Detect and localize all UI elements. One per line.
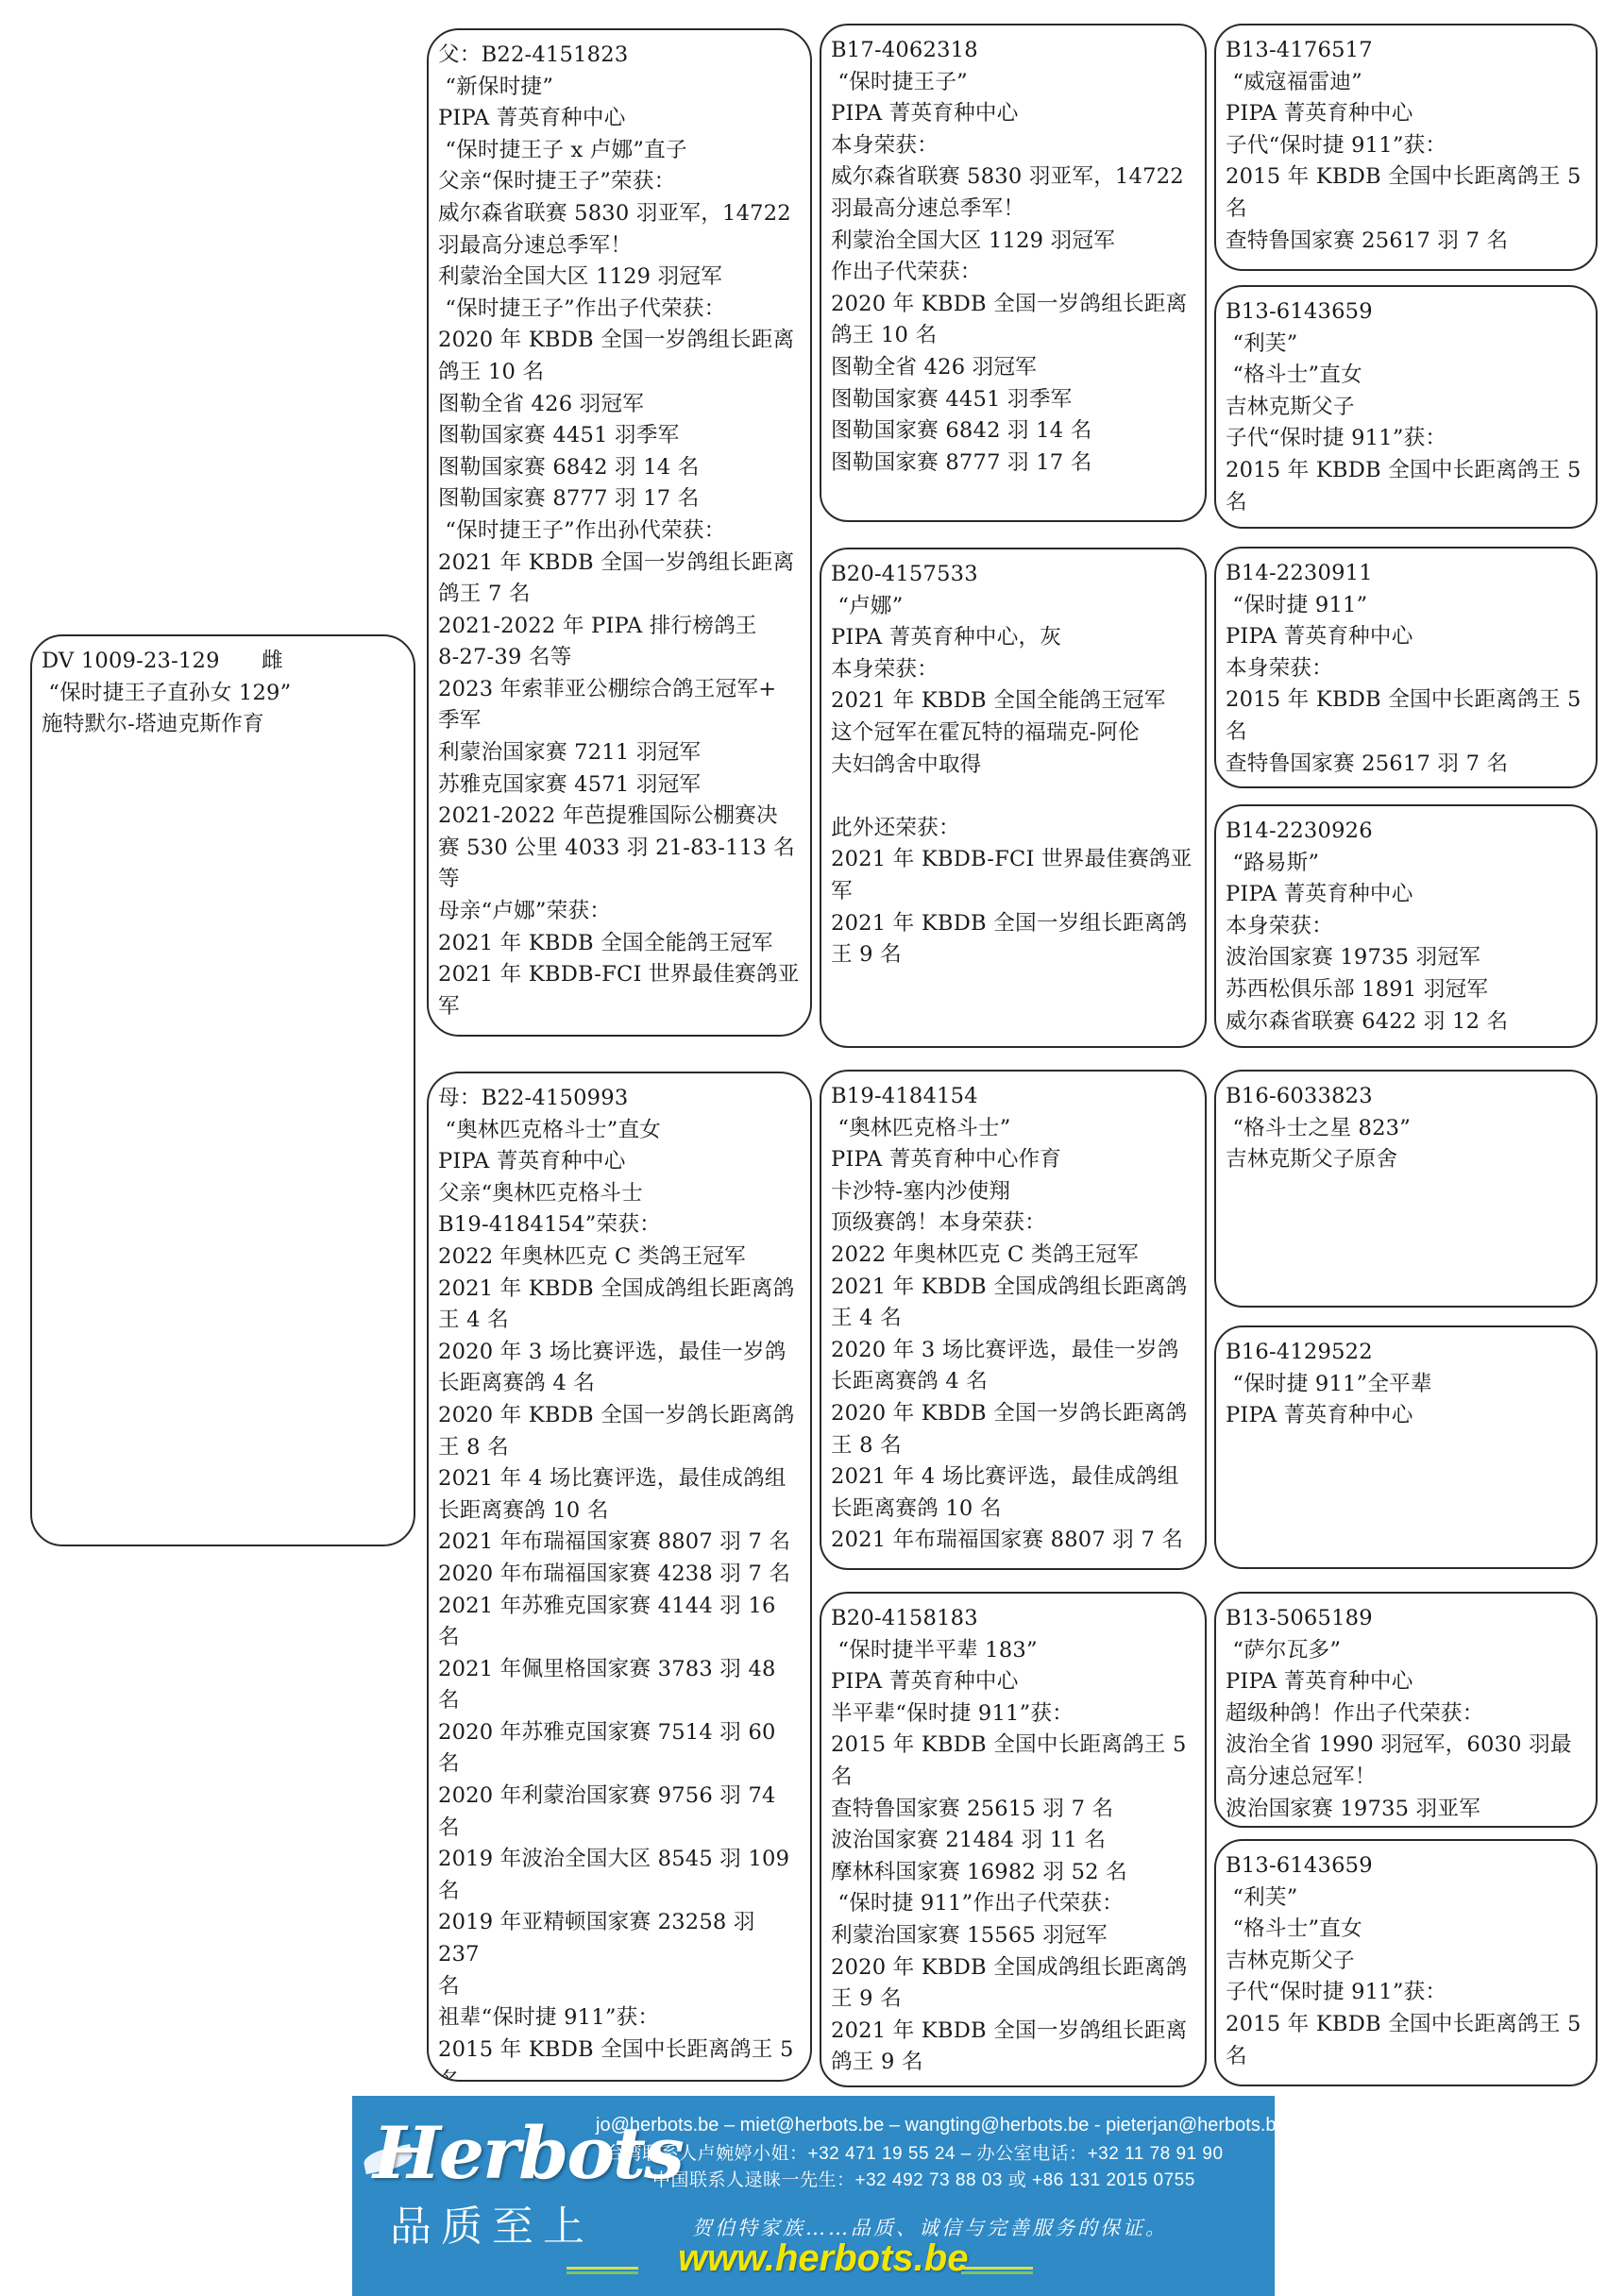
pedigree-text-line: “格斗士”直女 bbox=[1226, 360, 1588, 392]
great-grandparent-card-6: B16-4129522 “保时捷 911”全平辈PIPA 菁英育种中心 bbox=[1214, 1325, 1598, 1569]
subject-card: DV 1009-23-129 雌 “保时捷王子直孙女 129”施特默尔-塔迪克斯… bbox=[30, 634, 415, 1546]
pedigree-text-line: “格斗士之星 823” bbox=[1226, 1113, 1588, 1145]
pedigree-text-line: 2021 年苏雅克国家赛 4144 羽 16 bbox=[438, 1591, 803, 1623]
pedigree-text-line bbox=[831, 781, 1197, 813]
pedigree-text-line: “卢娜” bbox=[831, 591, 1197, 623]
pedigree-text-line: B20-4158183 bbox=[831, 1603, 1197, 1635]
pedigree-text-line: PIPA 菁英育种中心 bbox=[438, 103, 803, 135]
pedigree-text-line: “保时捷半平辈 183” bbox=[831, 1635, 1197, 1667]
pedigree-text-line: “保时捷 911”作出子代荣获： bbox=[831, 1888, 1197, 1920]
pedigree-text-line: 长距离赛鸽 10 名 bbox=[438, 1495, 803, 1528]
pedigree-text-line: 名 bbox=[438, 1622, 803, 1654]
pedigree-text-line: 苏西松俱乐部 1891 羽冠军 bbox=[1226, 974, 1588, 1006]
pedigree-text-line: 祖辈“保时捷 911”获： bbox=[438, 2002, 803, 2034]
pedigree-text-line: 2021 年 KBDB-FCI 世界最佳赛鸽亚 bbox=[831, 844, 1197, 876]
pedigree-text-line: “利芙” bbox=[1226, 1882, 1588, 1915]
pedigree-text-line: B13-5065189 bbox=[1226, 1603, 1588, 1635]
contact-emails[interactable]: jo@herbots.be – miet@herbots.be – wangti… bbox=[596, 2115, 1275, 2136]
pedigree-text-line: 本身荣获： bbox=[831, 654, 1197, 686]
grandparent-card-paternal-sire: B17-4062318 “保时捷王子”PIPA 菁英育种中心本身荣获：威尔森省联… bbox=[820, 24, 1207, 522]
pedigree-text-line: 图勒国家赛 8777 羽 17 名 bbox=[831, 447, 1197, 480]
pedigree-text-line: 2015 年 KBDB 全国中长距离鸽王 5 bbox=[1226, 161, 1588, 194]
pedigree-text-line: 2021 年 4 场比赛评选，最佳成鸽组 bbox=[831, 1461, 1197, 1494]
pedigree-text-line: 利蒙治全国大区 1129 羽冠军 bbox=[831, 226, 1197, 258]
pedigree-text-line: 波治国家赛 21484 羽 11 名 bbox=[831, 1825, 1197, 1857]
pedigree-text-line: “保时捷王子”作出子代荣获： bbox=[438, 294, 803, 326]
pedigree-text-line: 名 bbox=[438, 1685, 803, 1717]
pedigree-text-line: 名 bbox=[1226, 717, 1588, 749]
pedigree-text-line: “利芙” bbox=[1226, 329, 1588, 361]
pedigree-text-line: 图勒国家赛 6842 羽 14 名 bbox=[831, 415, 1197, 447]
slogan: 品质至上 bbox=[390, 2192, 594, 2253]
pedigree-text-line: “奥林匹克格斗士” bbox=[831, 1113, 1197, 1145]
pedigree-text-line: “保时捷王子 x 卢娜”直子 bbox=[438, 135, 803, 167]
pedigree-text-line: 2019 年亚精顿国家赛 23258 羽 237 bbox=[438, 1907, 803, 1970]
pedigree-text-line: “新保时捷” bbox=[438, 72, 803, 104]
pedigree-text-line: 此外还荣获： bbox=[831, 813, 1197, 845]
pedigree-text-line: 父亲“保时捷王子”荣获： bbox=[438, 166, 803, 198]
pedigree-text-line: PIPA 菁英育种中心 bbox=[831, 98, 1197, 130]
pedigree-text-line: 波治国家赛 19735 羽亚军 bbox=[1226, 1794, 1588, 1826]
pedigree-text-line: 2021 年佩里格国家赛 3783 羽 48 bbox=[438, 1654, 803, 1686]
pedigree-text-line: 子代“保时捷 911”获： bbox=[1226, 423, 1588, 455]
pedigree-text-line: 顶级赛鸽！本身荣获： bbox=[831, 1207, 1197, 1240]
pedigree-text-line: 王 8 名 bbox=[438, 1432, 803, 1464]
pedigree-text-line: 利蒙治国家赛 7211 羽冠军 bbox=[438, 737, 803, 769]
pedigree-text-line: PIPA 菁英育种中心作育 bbox=[831, 1144, 1197, 1176]
pedigree-text-line: “保时捷王子”作出孙代荣获： bbox=[438, 515, 803, 548]
pedigree-text-line: 本身荣获： bbox=[1226, 653, 1588, 685]
pedigree-text-line: 2021-2022 年芭提雅国际公棚赛决 bbox=[438, 801, 803, 833]
pedigree-text-line: PIPA 菁英育种中心 bbox=[1226, 98, 1588, 130]
pedigree-text-line: 2020 年 KBDB 全国成鸽组长距离鸽 bbox=[831, 1952, 1197, 1984]
pedigree-text-line: 2022 年奥林匹克 C 类鸽王冠军 bbox=[438, 1241, 803, 1274]
pedigree-text-line: 利蒙治国家赛 15565 羽冠军 bbox=[831, 1920, 1197, 1952]
pedigree-text-line: 长距离赛鸽 4 名 bbox=[438, 1368, 803, 1400]
great-grandparent-card-7: B13-5065189 “萨尔瓦多”PIPA 菁英育种中心超级种鸽！作出子代荣获… bbox=[1214, 1592, 1598, 1828]
great-grandparent-card-5: B16-6033823 “格斗士之星 823”吉林克斯父子原舍 bbox=[1214, 1070, 1598, 1308]
pedigree-text-line: 军 bbox=[438, 991, 803, 1023]
pedigree-text-line: 8-27-39 名等 bbox=[438, 642, 803, 674]
pedigree-text-line: 这个冠军在霍瓦特的福瑞克-阿伦 bbox=[831, 717, 1197, 750]
grandparent-card-maternal-dam: B20-4158183 “保时捷半平辈 183”PIPA 菁英育种中心半平辈“保… bbox=[820, 1592, 1207, 2087]
pedigree-text-line: 图勒国家赛 4451 羽季军 bbox=[831, 384, 1197, 416]
pedigree-text-line: “萨尔瓦多” bbox=[1226, 1635, 1588, 1667]
pedigree-text-line: 2020 年 KBDB 全国一岁鸽组长距离 bbox=[438, 325, 803, 357]
pedigree-text-line: 半平辈“保时捷 911”获： bbox=[831, 1698, 1197, 1730]
pedigree-text-line: 图勒全省 426 羽冠军 bbox=[831, 352, 1197, 384]
decorative-double-line-left bbox=[567, 2267, 638, 2274]
pedigree-text-line: 2022 年奥林匹克 C 类鸽王冠军 bbox=[831, 1240, 1197, 1272]
pedigree-text-line: 本身荣获： bbox=[1226, 911, 1588, 943]
pedigree-text-line: PIPA 菁英育种中心，灰 bbox=[831, 622, 1197, 654]
pedigree-text-line: “威寇福雷迪” bbox=[1226, 67, 1588, 99]
herbots-footer-banner: Herbots 品质至上 jo@herbots.be – miet@herbot… bbox=[352, 2096, 1275, 2296]
pedigree-text-line: 2021 年 KBDB 全国一岁鸽组长距离 bbox=[831, 2016, 1197, 2048]
father-card: 父：B22-4151823 “新保时捷”PIPA 菁英育种中心 “保时捷王子 x… bbox=[427, 28, 812, 1037]
pedigree-text-line: 摩林科国家赛 16982 羽 52 名 bbox=[831, 1857, 1197, 1889]
website-link[interactable]: www.herbots.be bbox=[678, 2237, 968, 2280]
pedigree-text-line: 2015 年 KBDB 全国中长距离鸽王 5 bbox=[1226, 2009, 1588, 2041]
pedigree-text-line: 羽最高分速总季军！ bbox=[438, 230, 803, 262]
pedigree-text-line: “奥林匹克格斗士”直女 bbox=[438, 1115, 803, 1147]
pedigree-text-line: B19-4184154 bbox=[831, 1081, 1197, 1113]
pedigree-text-line: “格斗士”直女 bbox=[1226, 1914, 1588, 1946]
pedigree-text-line: 2021 年 KBDB 全国一岁鸽组长距离 bbox=[438, 548, 803, 580]
pedigree-text-line: 威尔森省联赛 6422 羽 12 名 bbox=[1226, 1006, 1588, 1038]
grandparent-card-paternal-dam: B20-4157533 “卢娜”PIPA 菁英育种中心，灰本身荣获：2021 年… bbox=[820, 548, 1207, 1048]
pedigree-text-line: 2020 年布瑞福国家赛 4238 羽 7 名 bbox=[438, 1559, 803, 1591]
pedigree-text-line: 名 bbox=[1226, 2041, 1588, 2073]
great-grandparent-card-8: B13-6143659 “利芙” “格斗士”直女吉林克斯父子子代“保时捷 911… bbox=[1214, 1839, 1598, 2086]
pedigree-text-line: 2020 年 3 场比赛评选，最佳一岁鸽 bbox=[831, 1335, 1197, 1367]
pedigree-text-line: PIPA 菁英育种中心 bbox=[1226, 1400, 1588, 1432]
great-grandparent-card-4: B14-2230926 “路易斯”PIPA 菁英育种中心本身荣获：波治国家赛 1… bbox=[1214, 804, 1598, 1048]
pedigree-text-line: 施特默尔-塔迪克斯作育 bbox=[42, 709, 406, 741]
pedigree-text-line: 名 bbox=[1226, 194, 1588, 226]
pedigree-text-line: 军 bbox=[831, 876, 1197, 908]
mother-card: 母：B22-4150993 “奥林匹克格斗士”直女PIPA 菁英育种中心父亲“奥… bbox=[427, 1072, 812, 2082]
grandparent-card-maternal-sire: B19-4184154 “奥林匹克格斗士”PIPA 菁英育种中心作育卡沙特-塞内… bbox=[820, 1070, 1207, 1570]
pedigree-text-line: B14-2230926 bbox=[1226, 816, 1588, 848]
pedigree-text-line: 2020 年 KBDB 全国一岁鸽长距离鸽 bbox=[438, 1400, 803, 1432]
pedigree-text-line: 2021-2022 年 PIPA 排行榜鸽王 bbox=[438, 611, 803, 643]
pedigree-text-line: 2019 年波治全国大区 8545 羽 109 bbox=[438, 1844, 803, 1876]
pedigree-text-line: 2021 年 KBDB 全国成鸽组长距离鸽 bbox=[438, 1274, 803, 1306]
pedigree-text-line: 王 4 名 bbox=[438, 1305, 803, 1337]
pedigree-text-line: “路易斯” bbox=[1226, 848, 1588, 880]
pedigree-text-line: 2021 年布瑞福国家赛 8807 羽 7 名 bbox=[831, 1525, 1197, 1557]
pedigree-text-line: 鸽王 7 名 bbox=[438, 579, 803, 611]
pedigree-text-line: PIPA 菁英育种中心 bbox=[1226, 879, 1588, 911]
pedigree-text-line: PIPA 菁英育种中心 bbox=[1226, 1666, 1588, 1698]
pedigree-text-line: 2015 年 KBDB 全国中长距离鸽王 5 bbox=[1226, 455, 1588, 487]
pedigree-text-line: 鸽王 10 名 bbox=[831, 320, 1197, 352]
pedigree-text-line: 2021 年布瑞福国家赛 8807 羽 7 名 bbox=[438, 1527, 803, 1559]
pedigree-text-line: 本身荣获： bbox=[831, 130, 1197, 162]
pedigree-text-line: 赛 530 公里 4033 羽 21-83-113 名 bbox=[438, 833, 803, 865]
pedigree-text-line: 2015 年 KBDB 全国中长距离鸽王 5 bbox=[1226, 684, 1588, 717]
pedigree-text-line: “保时捷王子直孙女 129” bbox=[42, 678, 406, 710]
pedigree-text-line: 2021 年 KBDB 全国成鸽组长距离鸽 bbox=[831, 1272, 1197, 1304]
pedigree-text-line: B16-6033823 bbox=[1226, 1081, 1588, 1113]
pedigree-text-line: 图勒国家赛 6842 羽 14 名 bbox=[438, 452, 803, 484]
pedigree-text-line: 子代“保时捷 911”获： bbox=[1226, 130, 1588, 162]
pedigree-text-line: 名 bbox=[438, 1813, 803, 1845]
pedigree-text-line: 王 9 名 bbox=[831, 939, 1197, 971]
great-grandparent-card-3: B14-2230911 “保时捷 911”PIPA 菁英育种中心本身荣获：201… bbox=[1214, 547, 1598, 788]
pedigree-text-line: 2020 年 3 场比赛评选，最佳一岁鸽 bbox=[438, 1337, 803, 1369]
pedigree-text-line: 季军 bbox=[438, 705, 803, 737]
pedigree-text-line: 利蒙治全国大区 1129 羽冠军 bbox=[438, 262, 803, 294]
pedigree-text-line: 2015 年 KBDB 全国中长距离鸽王 5 bbox=[438, 2034, 803, 2067]
pedigree-text-line: B16-4129522 bbox=[1226, 1337, 1588, 1369]
pedigree-text-line: B13-6143659 bbox=[1226, 1850, 1588, 1882]
pedigree-text-line: 长距离赛鸽 10 名 bbox=[831, 1494, 1197, 1526]
pedigree-text-line: 王 4 名 bbox=[831, 1303, 1197, 1335]
pedigree-text-line: “保时捷 911”全平辈 bbox=[1226, 1369, 1588, 1401]
pedigree-text-line: 鸽王 9 名 bbox=[831, 2047, 1197, 2079]
pedigree-text-line: B14-2230911 bbox=[1226, 558, 1588, 590]
pedigree-text-line: 作出子代荣获： bbox=[831, 257, 1197, 289]
pedigree-text-line: B20-4157533 bbox=[831, 559, 1197, 591]
pedigree-text-line: 2021 年 KBDB 全国全能鸽王冠军 bbox=[831, 685, 1197, 717]
pedigree-text-line: 长距离赛鸽 4 名 bbox=[831, 1366, 1197, 1398]
pedigree-text-line: 等 bbox=[438, 864, 803, 896]
pedigree-text-line: 王 8 名 bbox=[831, 1430, 1197, 1462]
pedigree-text-line: 2020 年利蒙治国家赛 9756 羽 74 bbox=[438, 1781, 803, 1813]
pedigree-text-line: 母亲“卢娜”荣获： bbox=[438, 896, 803, 928]
pedigree-text-line: 名 bbox=[438, 1748, 803, 1781]
pedigree-text-line: 波治国家赛 19735 羽冠军 bbox=[1226, 942, 1588, 974]
pedigree-text-line: B17-4062318 bbox=[831, 35, 1197, 67]
pedigree-text-line: 高分速总冠军！ bbox=[1226, 1762, 1588, 1794]
pedigree-text-line: 母：B22-4150993 bbox=[438, 1083, 803, 1115]
pedigree-text-line: 2023 年索菲亚公棚综合鸽王冠军+ bbox=[438, 674, 803, 706]
pedigree-text-line: DV 1009-23-129 雌 bbox=[42, 646, 406, 678]
taiwan-contact: 台湾联系人卢婉婷小姐：+32 471 19 55 24 – 办公室电话：+32 … bbox=[605, 2139, 1224, 2165]
pedigree-text-line: 名 bbox=[1226, 487, 1588, 519]
pedigree-text-line: 查特鲁国家赛 25617 羽 7 名 bbox=[1226, 226, 1588, 258]
pedigree-text-line: 2021 年 KBDB-FCI 世界最佳赛鸽亚 bbox=[438, 959, 803, 991]
pedigree-text-line: 吉林克斯父子 bbox=[1226, 392, 1588, 424]
pedigree-text-line: PIPA 菁英育种中心 bbox=[831, 1666, 1197, 1698]
pedigree-text-line: B13-4176517 bbox=[1226, 35, 1588, 67]
pedigree-text-line: 图勒国家赛 4451 羽季军 bbox=[438, 420, 803, 452]
pedigree-text-line: B19-4184154”荣获： bbox=[438, 1209, 803, 1241]
pedigree-text-line: B13-6143659 bbox=[1226, 296, 1588, 329]
pedigree-text-line: 2021 年 4 场比赛评选，最佳成鸽组 bbox=[438, 1463, 803, 1495]
pedigree-text-line: 2020 年 KBDB 全国一岁鸽长距离鸽 bbox=[831, 1398, 1197, 1430]
great-grandparent-card-2: B13-6143659 “利芙” “格斗士”直女吉林克斯父子子代“保时捷 911… bbox=[1214, 285, 1598, 529]
pedigree-text-line: 吉林克斯父子 bbox=[1226, 1946, 1588, 1978]
decorative-double-line-right bbox=[961, 2267, 1033, 2274]
pedigree-text-line: 威尔森省联赛 5830 羽亚军，14722 bbox=[831, 161, 1197, 194]
pedigree-text-line: 2015 年 KBDB 全国中长距离鸽王 5 bbox=[831, 1730, 1197, 1762]
pedigree-text-line: 羽最高分速总季军！ bbox=[831, 194, 1197, 226]
pedigree-text-line: 名 bbox=[831, 1762, 1197, 1794]
pedigree-text-line: 查特鲁国家赛 25615 羽 7 名 bbox=[831, 1794, 1197, 1826]
pedigree-text-line: 图勒全省 426 羽冠军 bbox=[438, 389, 803, 421]
pedigree-text-line: 名 bbox=[438, 2066, 803, 2082]
pedigree-text-line: 夫妇鸽舍中取得 bbox=[831, 750, 1197, 782]
pedigree-text-line: 超级种鸽！作出子代荣获： bbox=[1226, 1698, 1588, 1730]
pedigree-text-line: 父：B22-4151823 bbox=[438, 40, 803, 72]
pedigree-text-line: 威尔森省联赛 5830 羽亚军，14722 bbox=[438, 198, 803, 230]
pedigree-text-line: PIPA 菁英育种中心 bbox=[438, 1146, 803, 1178]
pedigree-text-line: 查特鲁国家赛 25617 羽 7 名 bbox=[1226, 749, 1588, 781]
pedigree-text-line: 子代“保时捷 911”获： bbox=[1226, 1977, 1588, 2009]
pedigree-text-line: 吉林克斯父子原舍 bbox=[1226, 1144, 1588, 1176]
pedigree-text-line: 王 9 名 bbox=[831, 1984, 1197, 2016]
pedigree-text-line: “保时捷 911” bbox=[1226, 590, 1588, 622]
pedigree-text-line: 图勒国家赛 8777 羽 17 名 bbox=[438, 483, 803, 515]
pedigree-text-line: PIPA 菁英育种中心 bbox=[1226, 621, 1588, 653]
pedigree-text-line: 父亲“奥林匹克格斗士 bbox=[438, 1178, 803, 1210]
pedigree-text-line: 2020 年苏雅克国家赛 7514 羽 60 bbox=[438, 1717, 803, 1749]
great-grandparent-card-1: B13-4176517 “威寇福雷迪”PIPA 菁英育种中心子代“保时捷 911… bbox=[1214, 24, 1598, 271]
pedigree-text-line: 卡沙特-塞内沙使翔 bbox=[831, 1176, 1197, 1208]
pedigree-text-line: 波治全省 1990 羽冠军，6030 羽最 bbox=[1226, 1730, 1588, 1762]
pedigree-text-line: “保时捷王子” bbox=[831, 67, 1197, 99]
pedigree-text-line: 苏雅克国家赛 4571 羽冠军 bbox=[438, 769, 803, 802]
pedigree-text-line: 名 bbox=[438, 1971, 803, 2003]
pedigree-text-line: 名 bbox=[438, 1876, 803, 1908]
pedigree-text-line: 2020 年 KBDB 全国一岁鸽组长距离 bbox=[831, 289, 1197, 321]
pedigree-text-line: 鸽王 10 名 bbox=[438, 357, 803, 389]
pedigree-text-line: 2021 年 KBDB 全国全能鸽王冠军 bbox=[438, 928, 803, 960]
china-contact: 中国联系人逯睐一先生：+32 492 73 88 03 或 +86 131 20… bbox=[652, 2166, 1195, 2191]
pedigree-text-line: 2021 年 KBDB 全国一岁组长距离鸽 bbox=[831, 908, 1197, 940]
